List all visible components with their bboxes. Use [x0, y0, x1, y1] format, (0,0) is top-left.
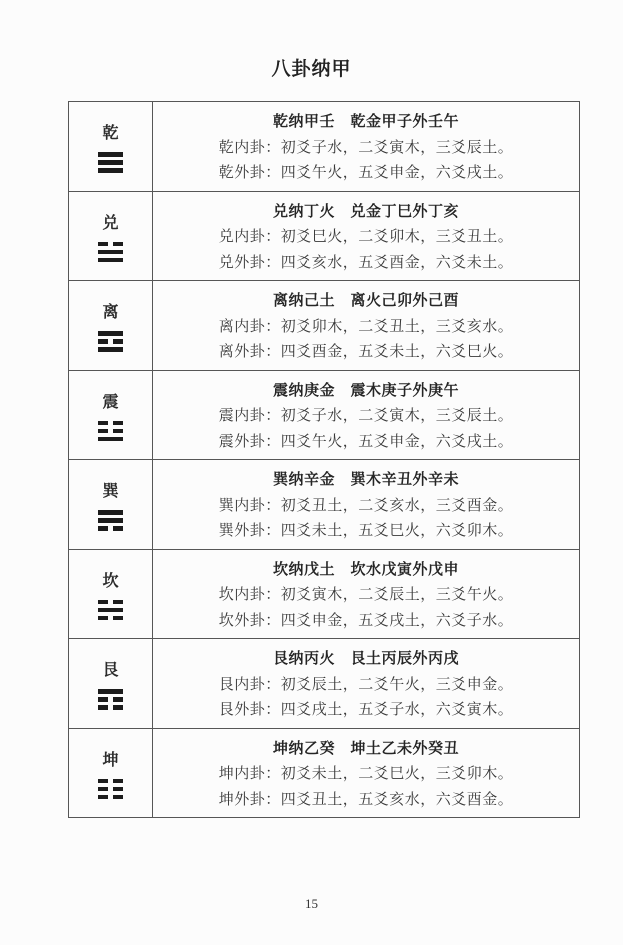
- trigram-detail-cell: 离纳己土 离火己卯外己酉 离内卦：初爻卯木，二爻丑土，三爻亥水。 离外卦：四爻酉…: [153, 281, 579, 370]
- najia-header-line: 坎纳戊土 坎水戊寅外戊申: [161, 558, 571, 579]
- trigram-line-broken: [98, 339, 123, 344]
- trigram-line-solid: [98, 437, 123, 442]
- trigram-line-broken: [98, 600, 123, 605]
- trigram-detail-cell: 艮纳丙火 艮土丙辰外丙戌 艮内卦：初爻辰土，二爻午火，三爻申金。 艮外卦：四爻戌…: [153, 639, 579, 728]
- trigram-line-segment: [113, 795, 123, 800]
- trigram-line-solid: [98, 152, 123, 157]
- trigram-line-broken: [98, 705, 123, 710]
- trigram-symbol-icon: [98, 510, 123, 531]
- trigram-line-segment: [98, 795, 108, 800]
- trigram-cell: 离: [69, 281, 153, 370]
- najia-header-line: 震纳庚金 震木庚子外庚午: [161, 379, 571, 400]
- trigram-line-solid: [98, 331, 123, 336]
- najia-header-line: 乾纳甲壬 乾金甲子外壬午: [161, 110, 571, 131]
- trigram-line-segment: [98, 421, 108, 426]
- trigram-name: 坤: [102, 747, 118, 770]
- trigram-detail-cell: 巽纳辛金 巽木辛丑外辛未 巽内卦：初爻丑土，二爻亥水，三爻酉金。 巽外卦：四爻未…: [153, 460, 579, 549]
- najia-header-line: 坤纳乙癸 坤土乙未外癸丑: [161, 737, 571, 758]
- outer-gua-line: 乾外卦：四爻午火，五爻申金，六爻戌土。: [161, 161, 571, 182]
- trigram-symbol-icon: [98, 242, 123, 263]
- trigram-cell: 巽: [69, 460, 153, 549]
- najia-table: 乾 乾纳甲壬 乾金甲子外壬午 乾内卦：初爻子水，二爻寅木，三爻辰土。 乾外卦：四…: [68, 101, 580, 818]
- trigram-cell: 震: [69, 371, 153, 460]
- najia-header-line: 巽纳辛金 巽木辛丑外辛未: [161, 468, 571, 489]
- trigram-cell: 兑: [69, 192, 153, 281]
- trigram-line-broken: [98, 616, 123, 621]
- trigram-line-segment: [113, 526, 123, 531]
- trigram-line-broken: [98, 779, 123, 784]
- trigram-line-solid: [98, 689, 123, 694]
- trigram-line-segment: [98, 787, 108, 792]
- table-row: 离 离纳己土 离火己卯外己酉 离内卦：初爻卯木，二爻丑土，三爻亥水。 离外卦：四…: [69, 281, 579, 371]
- trigram-line-segment: [113, 242, 123, 247]
- trigram-line-segment: [98, 526, 108, 531]
- outer-gua-line: 坤外卦：四爻丑土，五爻亥水，六爻酉金。: [161, 788, 571, 809]
- trigram-line-segment: [113, 339, 123, 344]
- trigram-line-broken: [98, 429, 123, 434]
- trigram-detail-cell: 震纳庚金 震木庚子外庚午 震内卦：初爻子水，二爻寅木，三爻辰土。 震外卦：四爻午…: [153, 371, 579, 460]
- outer-gua-line: 艮外卦：四爻戌土，五爻子水，六爻寅木。: [161, 698, 571, 719]
- page-title: 八卦纳甲: [0, 54, 623, 81]
- outer-gua-line: 坎外卦：四爻申金，五爻戌土，六爻子水。: [161, 609, 571, 630]
- inner-gua-line: 离内卦：初爻卯木，二爻丑土，三爻亥水。: [161, 315, 571, 336]
- table-row: 巽 巽纳辛金 巽木辛丑外辛未 巽内卦：初爻丑土，二爻亥水，三爻酉金。 巽外卦：四…: [69, 460, 579, 550]
- trigram-line-segment: [98, 429, 108, 434]
- inner-gua-line: 艮内卦：初爻辰土，二爻午火，三爻申金。: [161, 673, 571, 694]
- trigram-line-solid: [98, 160, 123, 165]
- trigram-line-segment: [113, 779, 123, 784]
- trigram-name: 震: [102, 389, 118, 412]
- trigram-symbol-icon: [98, 600, 123, 621]
- trigram-line-segment: [98, 339, 108, 344]
- trigram-line-broken: [98, 421, 123, 426]
- trigram-cell: 乾: [69, 102, 153, 191]
- trigram-line-segment: [98, 705, 108, 710]
- najia-header-line: 兑纳丁火 兑金丁巳外丁亥: [161, 200, 571, 221]
- trigram-cell: 坤: [69, 729, 153, 818]
- najia-header-line: 艮纳丙火 艮土丙辰外丙戌: [161, 647, 571, 668]
- table-row: 艮 艮纳丙火 艮土丙辰外丙戌 艮内卦：初爻辰土，二爻午火，三爻申金。 艮外卦：四…: [69, 639, 579, 729]
- trigram-symbol-icon: [98, 689, 123, 710]
- trigram-line-solid: [98, 347, 123, 352]
- inner-gua-line: 兑内卦：初爻巳火，二爻卯木，三爻丑土。: [161, 225, 571, 246]
- trigram-detail-cell: 兑纳丁火 兑金丁巳外丁亥 兑内卦：初爻巳火，二爻卯木，三爻丑土。 兑外卦：四爻亥…: [153, 192, 579, 281]
- outer-gua-line: 兑外卦：四爻亥水，五爻酉金，六爻未土。: [161, 251, 571, 272]
- trigram-line-segment: [113, 697, 123, 702]
- najia-header-line: 离纳己土 离火己卯外己酉: [161, 289, 571, 310]
- trigram-name: 兑: [102, 210, 118, 233]
- inner-gua-line: 坤内卦：初爻未土，二爻巳火，三爻卯木。: [161, 762, 571, 783]
- trigram-line-broken: [98, 697, 123, 702]
- table-row: 乾 乾纳甲壬 乾金甲子外壬午 乾内卦：初爻子水，二爻寅木，三爻辰土。 乾外卦：四…: [69, 102, 579, 192]
- trigram-name: 巽: [102, 478, 118, 501]
- trigram-cell: 艮: [69, 639, 153, 728]
- trigram-line-segment: [113, 787, 123, 792]
- trigram-detail-cell: 坤纳乙癸 坤土乙未外癸丑 坤内卦：初爻未土，二爻巳火，三爻卯木。 坤外卦：四爻丑…: [153, 729, 579, 818]
- trigram-symbol-icon: [98, 331, 123, 352]
- table-row: 坎 坎纳戊土 坎水戊寅外戊申 坎内卦：初爻寅木，二爻辰土，三爻午火。 坎外卦：四…: [69, 550, 579, 640]
- trigram-name: 艮: [102, 657, 118, 680]
- trigram-name: 坎: [102, 568, 118, 591]
- trigram-line-segment: [98, 242, 108, 247]
- outer-gua-line: 巽外卦：四爻未土，五爻巳火，六爻卯木。: [161, 519, 571, 540]
- document-page: 八卦纳甲 乾 乾纳甲壬 乾金甲子外壬午 乾内卦：初爻子水，二爻寅木，三爻辰土。 …: [0, 0, 623, 945]
- trigram-line-solid: [98, 258, 123, 263]
- trigram-name: 乾: [102, 120, 118, 143]
- trigram-line-solid: [98, 518, 123, 523]
- trigram-line-solid: [98, 168, 123, 173]
- trigram-line-segment: [113, 705, 123, 710]
- table-row: 震 震纳庚金 震木庚子外庚午 震内卦：初爻子水，二爻寅木，三爻辰土。 震外卦：四…: [69, 371, 579, 461]
- trigram-line-segment: [98, 697, 108, 702]
- trigram-line-segment: [113, 429, 123, 434]
- trigram-line-segment: [98, 779, 108, 784]
- inner-gua-line: 震内卦：初爻子水，二爻寅木，三爻辰土。: [161, 404, 571, 425]
- trigram-name: 离: [102, 299, 118, 322]
- inner-gua-line: 乾内卦：初爻子水，二爻寅木，三爻辰土。: [161, 136, 571, 157]
- trigram-line-broken: [98, 795, 123, 800]
- trigram-line-solid: [98, 250, 123, 255]
- table-row: 坤 坤纳乙癸 坤土乙未外癸丑 坤内卦：初爻未土，二爻巳火，三爻卯木。 坤外卦：四…: [69, 729, 579, 818]
- trigram-line-broken: [98, 526, 123, 531]
- trigram-line-solid: [98, 608, 123, 613]
- trigram-detail-cell: 坎纳戊土 坎水戊寅外戊申 坎内卦：初爻寅木，二爻辰土，三爻午火。 坎外卦：四爻申…: [153, 550, 579, 639]
- trigram-cell: 坎: [69, 550, 153, 639]
- outer-gua-line: 震外卦：四爻午火，五爻申金，六爻戌土。: [161, 430, 571, 451]
- trigram-symbol-icon: [98, 421, 123, 442]
- trigram-detail-cell: 乾纳甲壬 乾金甲子外壬午 乾内卦：初爻子水，二爻寅木，三爻辰土。 乾外卦：四爻午…: [153, 102, 579, 191]
- trigram-line-segment: [113, 421, 123, 426]
- trigram-line-segment: [113, 616, 123, 621]
- trigram-line-solid: [98, 510, 123, 515]
- trigram-line-segment: [98, 616, 108, 621]
- trigram-symbol-icon: [98, 779, 123, 800]
- outer-gua-line: 离外卦：四爻酉金，五爻未土，六爻巳火。: [161, 340, 571, 361]
- table-row: 兑 兑纳丁火 兑金丁巳外丁亥 兑内卦：初爻巳火，二爻卯木，三爻丑土。 兑外卦：四…: [69, 192, 579, 282]
- trigram-line-segment: [98, 600, 108, 605]
- trigram-line-segment: [113, 600, 123, 605]
- trigram-line-broken: [98, 787, 123, 792]
- inner-gua-line: 巽内卦：初爻丑土，二爻亥水，三爻酉金。: [161, 494, 571, 515]
- trigram-symbol-icon: [98, 152, 123, 173]
- inner-gua-line: 坎内卦：初爻寅木，二爻辰土，三爻午火。: [161, 583, 571, 604]
- page-number: 15: [0, 896, 623, 912]
- trigram-line-broken: [98, 242, 123, 247]
